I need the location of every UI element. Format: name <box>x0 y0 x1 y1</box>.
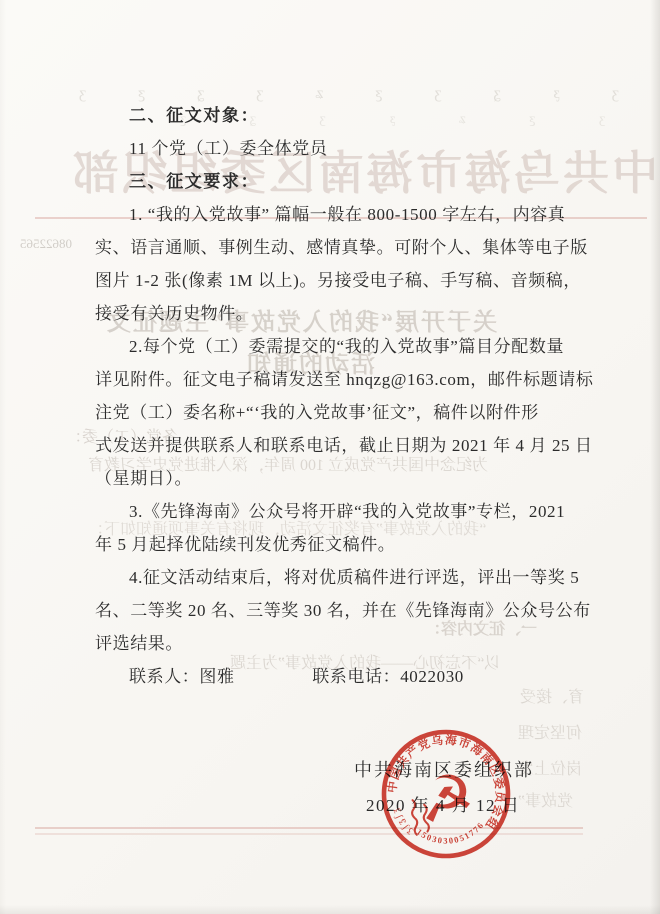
document-line: 注党（工）委名称+“‘我的入党故事’征文”，稿件以附件形 <box>95 396 577 429</box>
document-line: 11 个党（工）委全体党员 <box>95 132 577 165</box>
document-line: （星期日）。 <box>95 462 577 495</box>
bleed-number: 08622565 <box>20 236 72 252</box>
document-line: 联系人：图雅 联系电话：4022030 <box>95 660 577 693</box>
hammer-and-sickle-icon: ☭ <box>415 763 478 837</box>
document-line: 式发送并提供联系人和联系电话，截止日期为 2021 年 4 月 25 日 <box>95 429 577 462</box>
document-line: 三、征文要求： <box>95 165 577 198</box>
document-line: 年 5 月起择优陆续刊发优秀征文稿件。 <box>95 528 577 561</box>
seal-mongolian-arc: ʒʃʓʃʒ <box>389 804 415 839</box>
official-seal: ʒʃʓʃʒ 中国共产党乌海市海南区委员会组织部 ☭ 1503030051776 <box>369 717 523 871</box>
document-line: 2.每个党（工）委需提交的“我的入党故事”篇目分配数量 <box>95 330 577 363</box>
document-line: 详见附件。征文电子稿请发送至 hnqzg@163.com，邮件标题请标 <box>95 363 577 396</box>
text-block: 二、征文对象：11 个党（工）委全体党员三、征文要求：1. “我的入党故事” 篇… <box>95 99 577 693</box>
document-line: 4.征文活动结束后，将对优质稿件进行评选，评出一等奖 5 <box>95 561 577 594</box>
document-line: 二、征文对象： <box>95 99 577 132</box>
document-line: 名、二等奖 20 名、三等奖 30 名，并在《先锋海南》公众号公布 <box>95 594 577 627</box>
document-line: 图片 1-2 张(像素 1M 以上)。另接受电子稿、手写稿、音频稿， <box>95 264 577 297</box>
document-line: 接受有关历史物件。 <box>95 297 577 330</box>
document-line: 1. “我的入党故事” 篇幅一般在 800-1500 字左右，内容真 <box>95 198 577 231</box>
document-line: 实、语言通顺、事例生动、感情真挚。可附个人、集体等电子版 <box>95 231 577 264</box>
document-line: 3.《先锋海南》公众号将开辟“我的入党故事”专栏，2021 <box>95 495 577 528</box>
bleed-edge-2: 何坚定理 <box>518 724 582 743</box>
bleed-edge-4: 党故事” <box>518 792 573 811</box>
scanned-document-page: ʒ ʓ ʑ ƺ ʒ ᶚ ʓ ʒ ƺ ʑ ʒ ʓ ƺ ʒʓ ʒ ƺ ʑ ᶚ ʒ ʓ… <box>0 0 660 914</box>
document-line: 评选结果。 <box>95 627 577 660</box>
